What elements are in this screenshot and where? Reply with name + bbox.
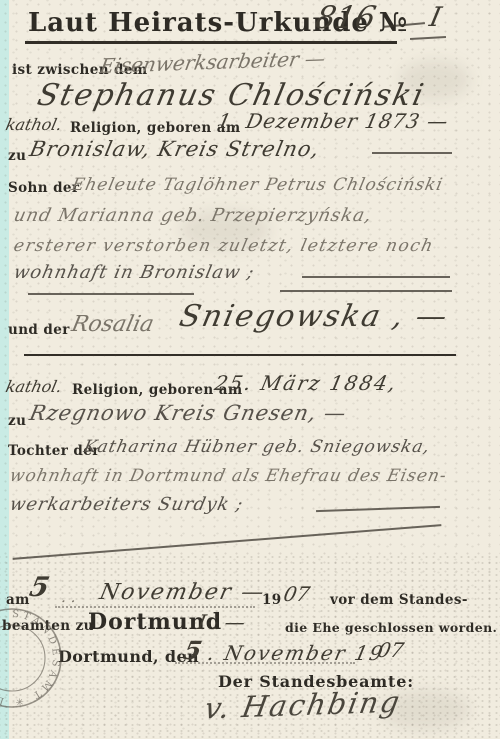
- issue-year: 07: [378, 638, 403, 662]
- groom-religion-printed: Religion, geboren am: [70, 120, 241, 136]
- certificate-number: 816: [316, 0, 375, 36]
- registry-numeral: I: [430, 2, 441, 33]
- registrar-signature: v. Hachbing: [204, 685, 401, 726]
- bride-section-rule: [24, 354, 456, 356]
- groom-name: Stephanus Chlościński: [38, 78, 425, 113]
- marriage-year-printed: 19: [262, 592, 282, 608]
- long-strike-line: [13, 524, 442, 560]
- bride-birth-date: 25. März 1884,: [215, 371, 397, 395]
- groom-parents-line3: ersterer verstorben zuletzt, letztere no…: [14, 236, 434, 256]
- bride-parents-line1: Katharina Hübner geb. Sniegowska,: [84, 437, 430, 457]
- bride-religion-hand: kathol.: [6, 377, 62, 396]
- seal-ring-text: STANDESAMT ✳ DORTMUND I: [0, 609, 61, 708]
- groom-parents-printed: Sohn der: [8, 180, 79, 196]
- groom-parents-line4: wohnhaft in Bronislaw ;: [14, 262, 254, 283]
- blank-filler-line: [280, 290, 452, 292]
- blank-filler-line: [302, 276, 450, 278]
- bride-place-printed: zu: [8, 413, 26, 429]
- bride-last-name: Sniegowska , —: [180, 299, 448, 334]
- blank-filler-line: [28, 293, 194, 295]
- title-underline: [25, 41, 397, 44]
- bride-first-name: Rosalia: [72, 312, 153, 337]
- marriage-closing-printed: die Ehe geschlossen worden.: [285, 620, 497, 635]
- numeral-underline: [410, 36, 446, 40]
- official-seal-stamp: STANDESAMT ✳ DORTMUND I: [0, 598, 75, 723]
- marriage-district-hand: I . —: [198, 610, 245, 634]
- bride-parents-line3: werkarbeiters Surdyk ;: [10, 494, 243, 515]
- groom-religion-hand: kathol.: [6, 115, 62, 134]
- svg-text:STANDESAMT ✳ DORTMUND I: STANDESAMT ✳ DORTMUND I: [0, 609, 61, 708]
- groom-parents-line2: und Marianna geb. Przepierzyńska,: [14, 205, 372, 226]
- bride-parents-line2: wohnhaft in Dortmund als Ehefrau des Eis…: [10, 466, 447, 486]
- groom-birth-date: 1. Dezember 1873 —: [218, 109, 448, 133]
- dotted-baseline: [55, 606, 255, 608]
- groom-occupation: Eisenwerksarbeiter —: [100, 46, 326, 78]
- groom-parents-line1: Eheleute Taglöhner Petrus Chlościński: [72, 175, 443, 195]
- groom-place-printed: zu: [8, 148, 26, 164]
- issue-day: 5: [184, 636, 201, 665]
- groom-birth-place: Bronislaw, Kreis Strelno,: [30, 137, 319, 161]
- bride-birth-place: Rzegnowo Kreis Gnesen, —: [30, 401, 346, 425]
- marriage-month: November —: [100, 580, 265, 605]
- dotted-baseline: [175, 662, 355, 664]
- blank-filler-line: [372, 152, 452, 154]
- marriage-certificate-scan: Laut Heirats-Urkunde № 816 I ist zwische…: [0, 0, 500, 739]
- blank-filler-line: [316, 506, 440, 512]
- marriage-year-hand: 07: [284, 582, 309, 606]
- marriage-before-printed: vor dem Standes-: [330, 592, 468, 608]
- bride-intro-printed: und der: [8, 322, 70, 338]
- seal-inner-ring: [0, 625, 45, 691]
